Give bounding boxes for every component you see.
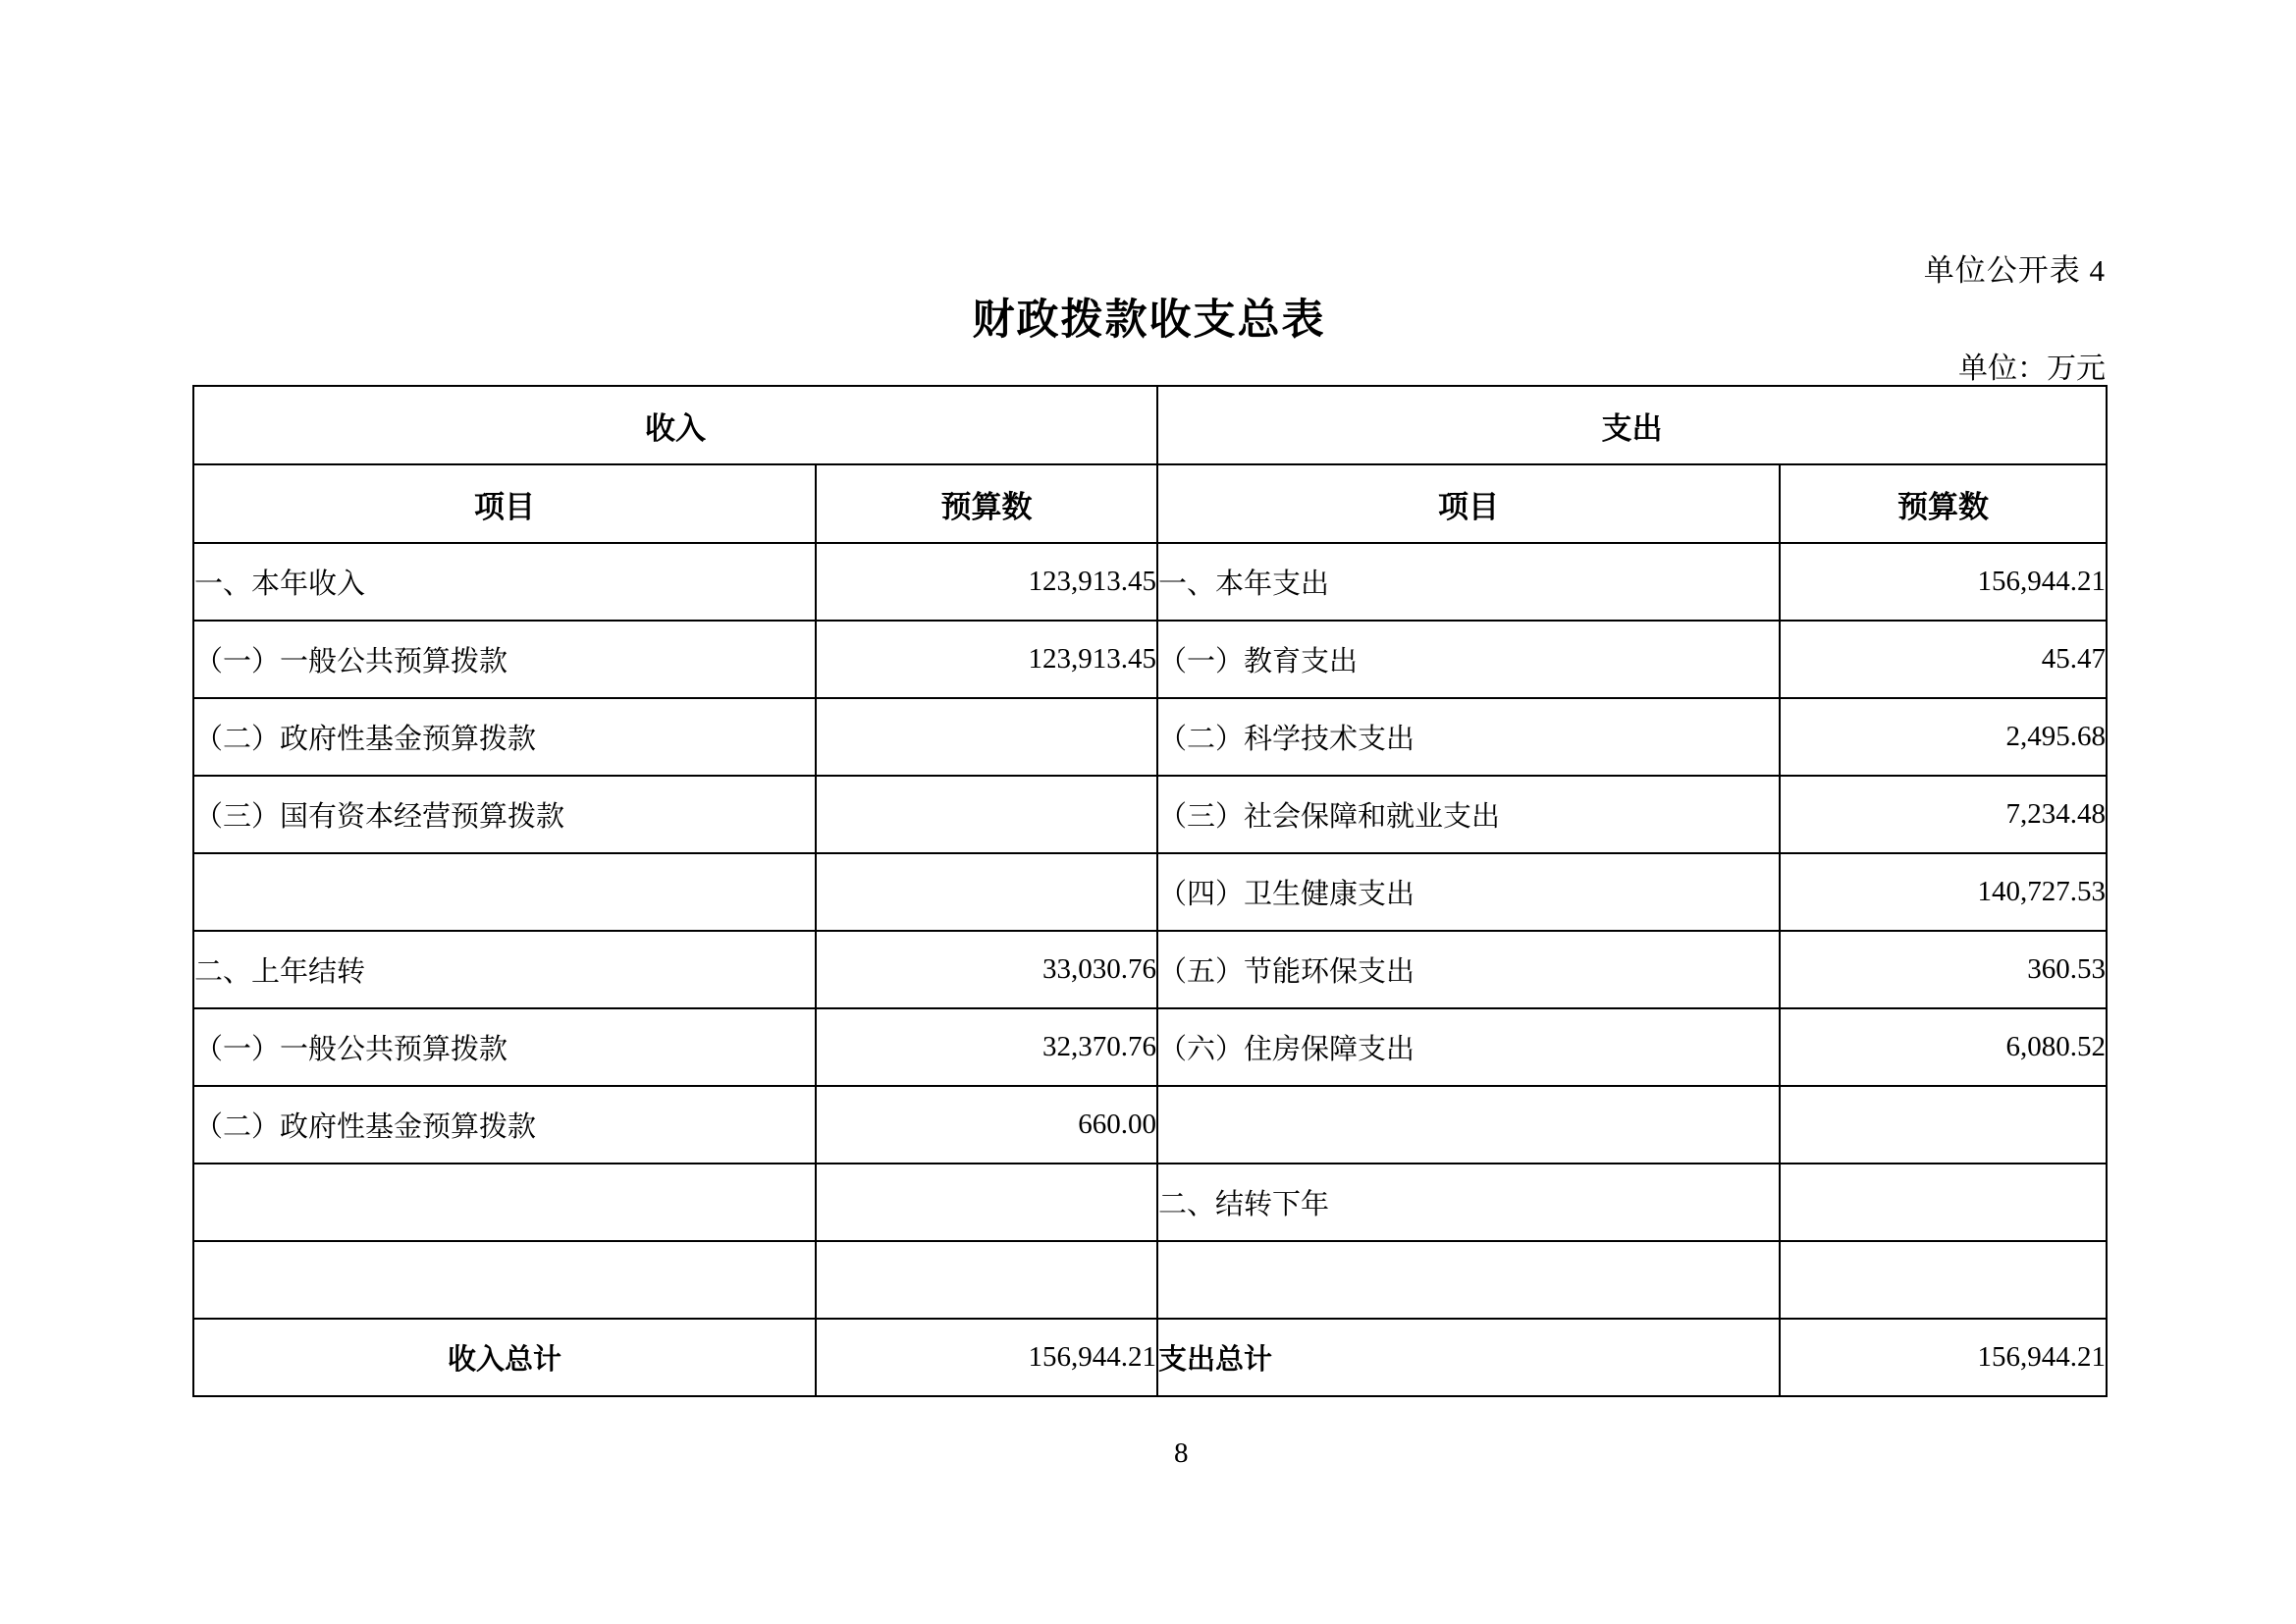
revenue-item-cell: 二、上年结转: [193, 931, 816, 1008]
revenue-value-cell: 33,030.76: [816, 931, 1157, 1008]
revenue-value-cell: [816, 698, 1157, 776]
expenditure-item-cell: 一、本年支出: [1157, 543, 1780, 621]
revenue-item-cell: （三）国有资本经营预算拨款: [193, 776, 816, 853]
expenditure-budget-header: 预算数: [1780, 464, 2107, 543]
table-row: （三）国有资本经营预算拨款 （三）社会保障和就业支出 7,234.48: [193, 776, 2107, 853]
section-header-row: 收入 支出: [193, 386, 2107, 464]
revenue-section-header: 收入: [193, 386, 1157, 464]
table-row: （一）一般公共预算拨款 123,913.45 （一）教育支出 45.47: [193, 621, 2107, 698]
expenditure-value-cell: [1780, 1086, 2107, 1164]
table-row: 二、上年结转 33,030.76 （五）节能环保支出 360.53: [193, 931, 2107, 1008]
revenue-value-cell: 123,913.45: [816, 621, 1157, 698]
expenditure-item-cell: （三）社会保障和就业支出: [1157, 776, 1780, 853]
expenditure-item-cell: （五）节能环保支出: [1157, 931, 1780, 1008]
table-row: 二、结转下年: [193, 1164, 2107, 1241]
expenditure-total-label: 支出总计: [1157, 1319, 1780, 1396]
page-number: 8: [1174, 1437, 1189, 1470]
document-page: 单位公开表 4 财政拨款收支总表 单位：万元 收入 支出 项目 预算数 项目 预…: [0, 0, 2296, 1624]
revenue-value-cell: [816, 776, 1157, 853]
expenditure-total-value: 156,944.21: [1780, 1319, 2107, 1396]
revenue-item-cell: （二）政府性基金预算拨款: [193, 698, 816, 776]
revenue-item-cell: [193, 1164, 816, 1241]
revenue-item-cell: 一、本年收入: [193, 543, 816, 621]
total-row: 收入总计 156,944.21 支出总计 156,944.21: [193, 1319, 2107, 1396]
table-row: 一、本年收入 123,913.45 一、本年支出 156,944.21: [193, 543, 2107, 621]
expenditure-item-cell: 二、结转下年: [1157, 1164, 1780, 1241]
revenue-value-cell: [816, 1164, 1157, 1241]
expenditure-section-header: 支出: [1157, 386, 2107, 464]
table-number-label: 单位公开表 4: [192, 245, 2106, 290]
revenue-item-cell: （一）一般公共预算拨款: [193, 621, 816, 698]
expenditure-value-cell: 45.47: [1780, 621, 2107, 698]
table-row: （一）一般公共预算拨款 32,370.76 （六）住房保障支出 6,080.52: [193, 1008, 2107, 1086]
page-title: 财政拨款收支总表: [192, 287, 2106, 347]
revenue-item-cell: （二）政府性基金预算拨款: [193, 1086, 816, 1164]
table-row: （二）政府性基金预算拨款 660.00: [193, 1086, 2107, 1164]
expenditure-value-cell: [1780, 1164, 2107, 1241]
expenditure-item-cell: （二）科学技术支出: [1157, 698, 1780, 776]
table-row: （四）卫生健康支出 140,727.53: [193, 853, 2107, 931]
revenue-total-value: 156,944.21: [816, 1319, 1157, 1396]
revenue-value-cell: 123,913.45: [816, 543, 1157, 621]
expenditure-value-cell: 6,080.52: [1780, 1008, 2107, 1086]
expenditure-value-cell: 156,944.21: [1780, 543, 2107, 621]
revenue-value-cell: 660.00: [816, 1086, 1157, 1164]
expenditure-item-cell: （一）教育支出: [1157, 621, 1780, 698]
table-row: [193, 1241, 2107, 1319]
expenditure-item-cell: （四）卫生健康支出: [1157, 853, 1780, 931]
revenue-value-cell: [816, 1241, 1157, 1319]
revenue-item-header: 项目: [193, 464, 816, 543]
expenditure-value-cell: 2,495.68: [1780, 698, 2107, 776]
revenue-value-cell: [816, 853, 1157, 931]
revenue-item-cell: [193, 853, 816, 931]
revenue-item-cell: [193, 1241, 816, 1319]
table-row: （二）政府性基金预算拨款 （二）科学技术支出 2,495.68: [193, 698, 2107, 776]
budget-summary-table: 收入 支出 项目 预算数 项目 预算数 一、本年收入 123,913.45 一、…: [192, 385, 2108, 1397]
expenditure-value-cell: [1780, 1241, 2107, 1319]
expenditure-value-cell: 360.53: [1780, 931, 2107, 1008]
expenditure-item-cell: [1157, 1241, 1780, 1319]
expenditure-item-header: 项目: [1157, 464, 1780, 543]
revenue-total-label: 收入总计: [193, 1319, 816, 1396]
expenditure-item-cell: （六）住房保障支出: [1157, 1008, 1780, 1086]
revenue-item-cell: （一）一般公共预算拨款: [193, 1008, 816, 1086]
revenue-budget-header: 预算数: [816, 464, 1157, 543]
revenue-value-cell: 32,370.76: [816, 1008, 1157, 1086]
unit-note: 单位：万元: [192, 344, 2106, 387]
expenditure-value-cell: 7,234.48: [1780, 776, 2107, 853]
expenditure-item-cell: [1157, 1086, 1780, 1164]
column-header-row: 项目 预算数 项目 预算数: [193, 464, 2107, 543]
expenditure-value-cell: 140,727.53: [1780, 853, 2107, 931]
